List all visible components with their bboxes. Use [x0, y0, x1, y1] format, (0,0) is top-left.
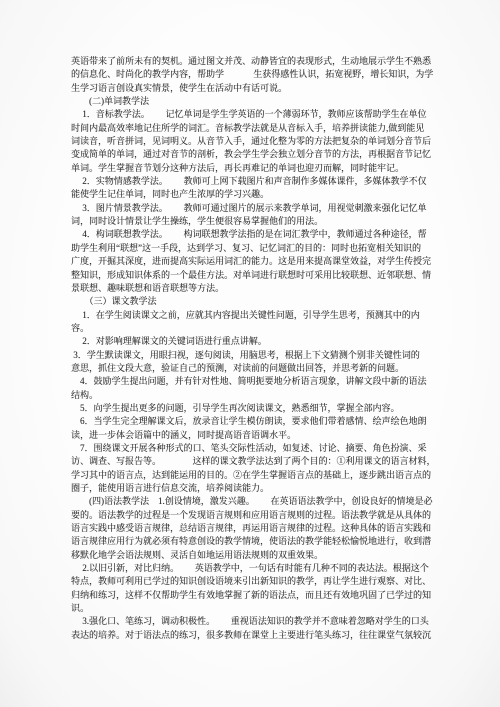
text-line: 单词。学生掌握音节划分这种方法后，再长再难记的单词也迎刃而解，同时能牢记。 [71, 162, 443, 175]
text-line: 能使学生记住单词，同时也产生浓厚的学习兴趣。 [71, 188, 443, 201]
document-text-block: 英语带来了前所未有的契机。通过图文并茂、动静皆宜的表现形式，生动地展示学生不熟悉… [71, 55, 443, 642]
text-line: 意思，抓住文段大意，验证自己的预测，对读前的问题做出回答，并思考新的问题。 [71, 362, 443, 375]
text-line: 2.以旧引新，对比归纳。 英语教学中，一句话有时能有几种不同的表达法。根据这个 [71, 562, 443, 575]
text-line: 词读音，听音拼词，见词明义。从音节入手，通过化整为零的方法把复杂的单词划分音节后 [71, 135, 443, 148]
text-line: 访、调查、写报告等。 这样的课文教学法达到了两个目的：①利用课文的语言材料， [71, 455, 443, 468]
text-line: 景联想、趣味联想和语音联想等方法。 [71, 282, 443, 295]
text-line: 2．对影响理解课文的关键词语进行重点讲解。 [71, 335, 443, 348]
text-line: 圈子，能使用语言进行信息交流，培养阅读能力。 [71, 482, 443, 495]
text-line: 要的。语法教学的过程是一个发现语言规则和应用语言规则的过程。语法教学就是从具体的 [71, 509, 443, 522]
text-line: 容。 [71, 322, 443, 335]
text-line: 4．构词联想教学法。 构词联想教学法指的是在词汇教学中，教师通过各种途径，帮 [71, 228, 443, 241]
text-line: 1．在学生阅读课文之前，应就其内容提出关键性问题，引导学生思考，预测其中的内 [71, 309, 443, 322]
text-line: 3.强化口、笔练习，调动积极性。 重视语法知识的教学并不意味着忽略对学生的口头 [71, 615, 443, 628]
text-line: 语言规律应用行为就必须有特意创设的教学情境，使语法的教学能轻松愉悦地进行，收到潜 [71, 535, 443, 548]
text-line: 识。 [71, 602, 443, 615]
text-line: 2．实物情感教学法。 教师可上网下载图片和声音制作多媒体课件，多媒体教学不仅 [71, 175, 443, 188]
text-line: 3．图片情景教学法。 教师可通过图片的展示来教学单词，用视觉刺激来强化记忆单 [71, 202, 443, 215]
text-line: 整知识，形成知识体系的一个最佳方法。对单词进行联想时可采用比较联想、近邻联想、情 [71, 269, 443, 282]
text-line: 5．向学生提出更多的问题，引导学生再次阅读课文，熟悉细节，掌握全部内容。 [71, 402, 443, 415]
text-line: 结构。 [71, 389, 443, 402]
text-line: 特点，教师可利用已学过的知识创设语境来引出新知识的教学，再让学生进行观察、对比、 [71, 575, 443, 588]
text-line: 的信息化、时尚化的教学内容，帮助学 生获得感性认识，拓宽视野，增长知识，为学 [71, 68, 443, 81]
text-line: （三）课文教学法 [71, 295, 443, 308]
text-line: (二)单词教学法 [71, 95, 443, 108]
text-line: 语言实践中感受语言规律，总结语言规律，再运用语言规律的过程。这种具体的语言实践和 [71, 522, 443, 535]
text-line: 4．鼓励学生提出问题，并有针对性地、简明扼要地分析语言现象，讲解文段中新的语法 [71, 375, 443, 388]
text-line: 归纳和练习，这样不仅帮助学生有效地掌握了新的语法点，而且还有效地巩固了已学过的知 [71, 589, 443, 602]
text-line: 词，同时设计情景让学生操练，学生便很容易掌握他们的用法。 [71, 215, 443, 228]
text-line: 助学生利用“联想”这一手段，达到学习、复习、记忆词汇的目的：同时也拓宽相关知识的 [71, 242, 443, 255]
document-page: 英语带来了前所未有的契机。通过图文并茂、动静皆宜的表现形式，生动地展示学生不熟悉… [0, 0, 500, 707]
text-line: 移默化地学会语法规则、灵活自如地运用语法规则的双重效果。 [71, 549, 443, 562]
text-line: 表达的培养。对于语法点的练习，很多教师在课堂上主要进行笔头练习，往往课堂气氛较沉 [71, 629, 443, 642]
text-line: 学习其中的语言点，达到能运用的目的。②在学生掌握语言点的基础上，逐步跳出语言点的 [71, 469, 443, 482]
text-line: 英语带来了前所未有的契机。通过图文并茂、动静皆宜的表现形式，生动地展示学生不熟悉 [71, 55, 443, 68]
text-line: 时间内最高效率地记住所学的词汇。音标教学法就是从音标入手，培养拼读能力,做到能见 [71, 122, 443, 135]
text-line: 7．围绕课文开展各种形式的口、笔头交际性活动，如复述、讨论、摘要、角色扮演、采 [71, 442, 443, 455]
text-line: 6．当学生完全理解课文后，放录音让学生模仿朗读，要求他们带着感情、绘声绘色地朗 [71, 415, 443, 428]
text-line: 生学习语言创设真实情景，使学生在活动中有话可说。 [71, 82, 443, 95]
text-line: 广度，开掘其深度，进而提高实际运用词汇的能力。这是用来提高课堂效益，对学生传授完 [71, 255, 443, 268]
text-line: (四)语法教学法 1.创设情境，激发兴趣。 在英语语法教学中，创设良好的情境是必 [71, 495, 443, 508]
text-line: 变成简单的单词，通过对音节的剖析，教会学生学会独立划分音节的方法，再根据音节记忆 [71, 148, 443, 161]
text-line: 1．音标教学法。 记忆单词是学生学英语的一个薄弱环节，教师应该帮助学生在单位 [71, 108, 443, 121]
text-line: 3．学生默读课文，用眼扫视，逐句阅读，用脑思考，根据上下文猜测个别非关键性词的 [71, 349, 443, 362]
text-line: 读，进一步体会语篇中的涵义，同时提高语音语调水平。 [71, 429, 443, 442]
